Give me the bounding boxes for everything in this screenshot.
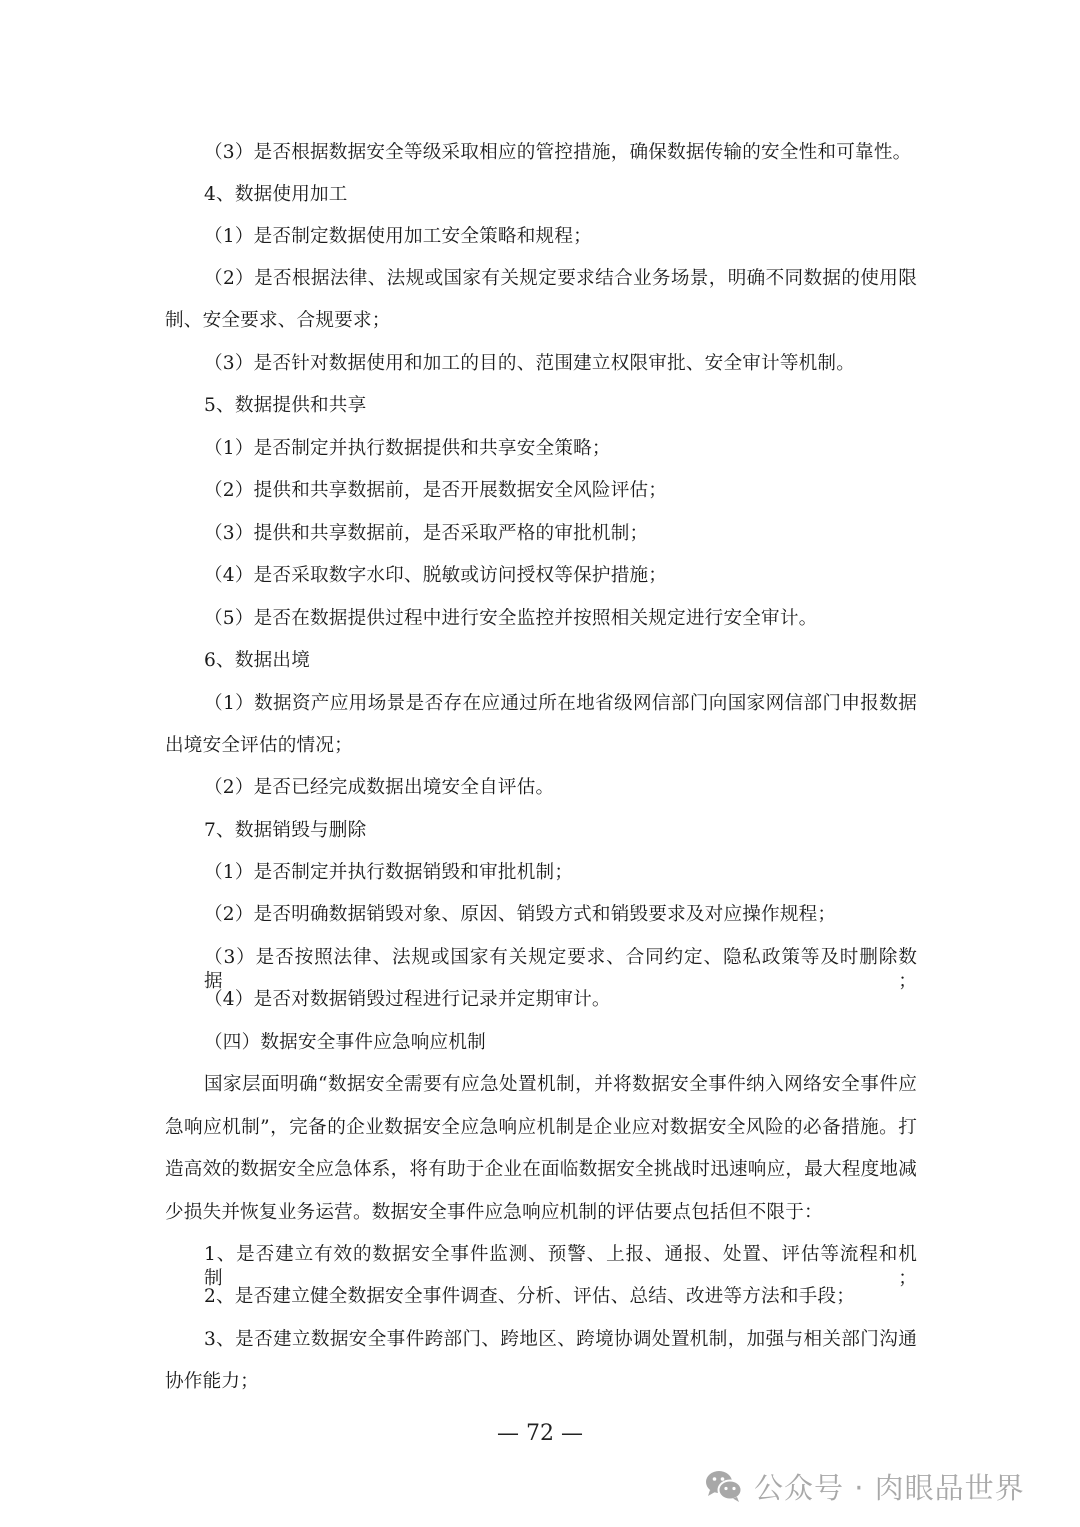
text-line: 急响应机制”，完备的企业数据安全应急响应机制是企业应对数据安全风险的必备措施。打 [165,1116,917,1140]
watermark: 公众号 · 肉眼品世界 [704,1466,1025,1506]
text-line: （3）是否根据数据安全等级采取相应的管控措施，确保数据传输的安全性和可靠性。 [204,141,917,165]
text-line: 协作能力； [165,1370,917,1394]
text-line: （2）是否明确数据销毁对象、原因、销毁方式和销毁要求及对应操作规程； [204,903,917,927]
text-line: 造高效的数据安全应急体系，将有助于企业在面临数据安全挑战时迅速响应，最大程度地减 [165,1158,917,1182]
text-line: （3）提供和共享数据前，是否采取严格的审批机制； [204,522,917,546]
text-line: （4）是否对数据销毁过程进行记录并定期审计。 [204,988,917,1012]
text-line: 出境安全评估的情况； [165,734,917,758]
text-line: （4）是否采取数字水印、脱敏或访问授权等保护措施； [204,564,917,588]
text-line: 3、是否建立数据安全事件跨部门、跨地区、跨境协调处置机制，加强与相关部门沟通 [204,1328,917,1352]
text-line: 国家层面明确“数据安全需要有应急处置机制，并将数据安全事件纳入网络安全事件应 [204,1073,917,1097]
text-line: 1、是否建立有效的数据安全事件监测、预警、上报、通报、处置、评估等流程和机制； [204,1243,917,1291]
text-line: （3）是否针对数据使用和加工的目的、范围建立权限审批、安全审计等机制。 [204,352,917,376]
text-line: （1）是否制定并执行数据提供和共享安全策略； [204,437,917,461]
text-line: 6、数据出境 [204,649,917,673]
text-line: （2）提供和共享数据前，是否开展数据安全风险评估； [204,479,917,503]
text-line: 7、数据销毁与删除 [204,819,917,843]
text-line: （3）是否按照法律、法规或国家有关规定要求、合同约定、隐私政策等及时删除数据； [204,946,917,994]
page-number: — 72 — [0,1420,1080,1448]
text-line: （1）数据资产应用场景是否存在应通过所在地省级网信部门向国家网信部门申报数据 [204,692,917,716]
text-line: 5、数据提供和共享 [204,394,917,418]
text-line: 4、数据使用加工 [204,183,917,207]
text-line: 少损失并恢复业务运营。数据安全事件应急响应机制的评估要点包括但不限于： [165,1201,917,1225]
text-line: （2）是否根据法律、法规或国家有关规定要求结合业务场景，明确不同数据的使用限 [204,267,917,291]
document-page: （3）是否根据数据安全等级采取相应的管控措施，确保数据传输的安全性和可靠性。4、… [0,0,1080,1527]
text-line: （1）是否制定并执行数据销毁和审批机制； [204,861,917,885]
wechat-icon [704,1469,744,1503]
text-line: 制、安全要求、合规要求； [165,309,917,333]
watermark-text: 公众号 · 肉眼品世界 [754,1466,1025,1507]
text-line: （5）是否在数据提供过程中进行安全监控并按照相关规定进行安全审计。 [204,607,917,631]
text-line: 2、是否建立健全数据安全事件调查、分析、评估、总结、改进等方法和手段； [204,1285,917,1309]
text-line: （四）数据安全事件应急响应机制 [204,1031,917,1055]
text-line: （2）是否已经完成数据出境安全自评估。 [204,776,917,800]
text-line: （1）是否制定数据使用加工安全策略和规程； [204,225,917,249]
